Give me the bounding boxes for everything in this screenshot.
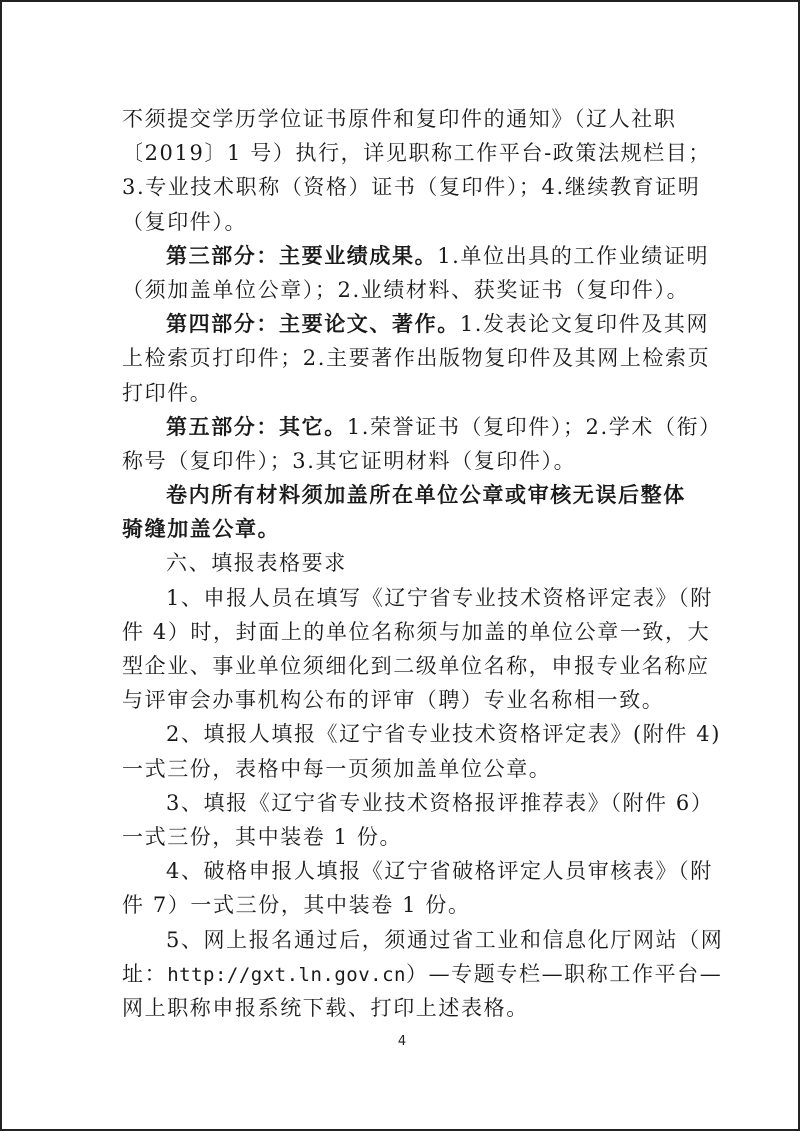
- part3-heading: 第三部分：主要业绩成果。: [166, 243, 437, 268]
- text-line: 一式三份，表格中每一页须加盖单位公章。: [122, 752, 682, 786]
- text-span: 址：: [122, 962, 167, 986]
- item-4-paragraph: 4、破格申报人填报《辽宁省破格评定人员审核表》（附 件 7）一式三份，其中装卷 …: [122, 854, 682, 922]
- part5-paragraph: 第五部分：其它。1.荣誉证书（复印件）；2.学术（衔） 称号（复印件）；3.其它…: [122, 410, 682, 478]
- item-5-paragraph: 5、网上报名通过后，须通过省工业和信息化厅网站（网 址：http://gxt.l…: [122, 923, 682, 1026]
- text-span: 1.荣誉证书（复印件）；2.学术（衔）: [347, 415, 722, 439]
- part4-paragraph: 第四部分：主要论文、著作。1.发表论文复印件及其网 上检索页打印件；2.主要著作…: [122, 307, 682, 410]
- text-line: 第五部分：其它。1.荣誉证书（复印件）；2.学术（衔）: [122, 410, 682, 444]
- text-line: 件 7）一式三份，其中装卷 1 份。: [122, 888, 682, 922]
- document-body: 不须提交学历学位证书原件和复印件的通知》（辽人社职 〔2019〕1 号）执行，详…: [122, 102, 682, 1025]
- text-line: 件 4）时，封面上的单位名称须与加盖的单位公章一致，大: [122, 615, 682, 649]
- text-line: 与评审会办事机构公布的评审（聘）专业名称相一致。: [122, 683, 682, 717]
- item-2-paragraph: 2、填报人填报《辽宁省专业技术资格评定表》(附件 4) 一式三份，表格中每一页须…: [122, 717, 682, 785]
- text-line: 一式三份，其中装卷 1 份。: [122, 820, 682, 854]
- text-line: （复印件）。: [122, 205, 682, 239]
- page-number: 4: [2, 1034, 800, 1049]
- text-line: 上检索页打印件；2.主要著作出版物复印件及其网上检索页: [122, 341, 682, 375]
- text-line: 网上职称申报系统下载、打印上述表格。: [122, 991, 682, 1025]
- text-line: （须加盖单位公章）；2.业绩材料、获奖证书（复印件）。: [122, 273, 682, 307]
- text-line: 骑缝加盖公章。: [122, 512, 682, 546]
- text-line: 〔2019〕1 号）执行，详见职称工作平台-政策法规栏目；: [122, 136, 682, 170]
- text-line: 称号（复印件）；3.其它证明材料（复印件）。: [122, 444, 682, 478]
- part4-heading: 第四部分：主要论文、著作。: [166, 311, 460, 336]
- text-line: 3.专业技术职称（资格）证书（复印件）；4.继续教育证明: [122, 170, 682, 204]
- text-line: 3、填报《辽宁省专业技术资格报评推荐表》（附件 6）: [122, 786, 682, 820]
- part5-heading: 第五部分：其它。: [166, 414, 347, 439]
- text-span: 1.发表论文复印件及其网: [460, 312, 709, 336]
- text-line: 型企业、事业单位须细化到二级单位名称，申报专业名称应: [122, 649, 682, 683]
- text-line: 1、申报人员在填写《辽宁省专业技术资格评定表》（附: [122, 581, 682, 615]
- text-line: 2、填报人填报《辽宁省专业技术资格评定表》(附件 4): [122, 717, 682, 751]
- text-line: 址：http://gxt.ln.gov.cn）—专题专栏—职称工作平台—: [122, 957, 682, 991]
- text-line: 打印件。: [122, 376, 682, 410]
- document-page: 不须提交学历学位证书原件和复印件的通知》（辽人社职 〔2019〕1 号）执行，详…: [0, 0, 800, 1131]
- text-line: 4、破格申报人填报《辽宁省破格评定人员审核表》（附: [122, 854, 682, 888]
- part3-paragraph: 第三部分：主要业绩成果。1.单位出具的工作业绩证明 （须加盖单位公章）；2.业绩…: [122, 239, 682, 307]
- text-line: 5、网上报名通过后，须通过省工业和信息化厅网站（网: [122, 923, 682, 957]
- text-line: 不须提交学历学位证书原件和复印件的通知》（辽人社职: [122, 102, 682, 136]
- item-1-paragraph: 1、申报人员在填写《辽宁省专业技术资格评定表》（附 件 4）时，封面上的单位名称…: [122, 581, 682, 718]
- item-3-paragraph: 3、填报《辽宁省专业技术资格报评推荐表》（附件 6） 一式三份，其中装卷 1 份…: [122, 786, 682, 854]
- text-line: 第四部分：主要论文、著作。1.发表论文复印件及其网: [122, 307, 682, 341]
- text-span: 1.单位出具的工作业绩证明: [437, 244, 709, 268]
- section-heading: 六、填报表格要求: [122, 546, 682, 580]
- text-span: ）—专题专栏—职称工作平台—: [406, 962, 722, 986]
- text-line: 第三部分：主要业绩成果。1.单位出具的工作业绩证明: [122, 239, 682, 273]
- text-line: 卷内所有材料须加盖所在单位公章或审核无误后整体: [122, 478, 682, 512]
- seal-note-paragraph: 卷内所有材料须加盖所在单位公章或审核无误后整体 骑缝加盖公章。: [122, 478, 682, 546]
- website-url: http://gxt.ln.gov.cn: [167, 964, 406, 986]
